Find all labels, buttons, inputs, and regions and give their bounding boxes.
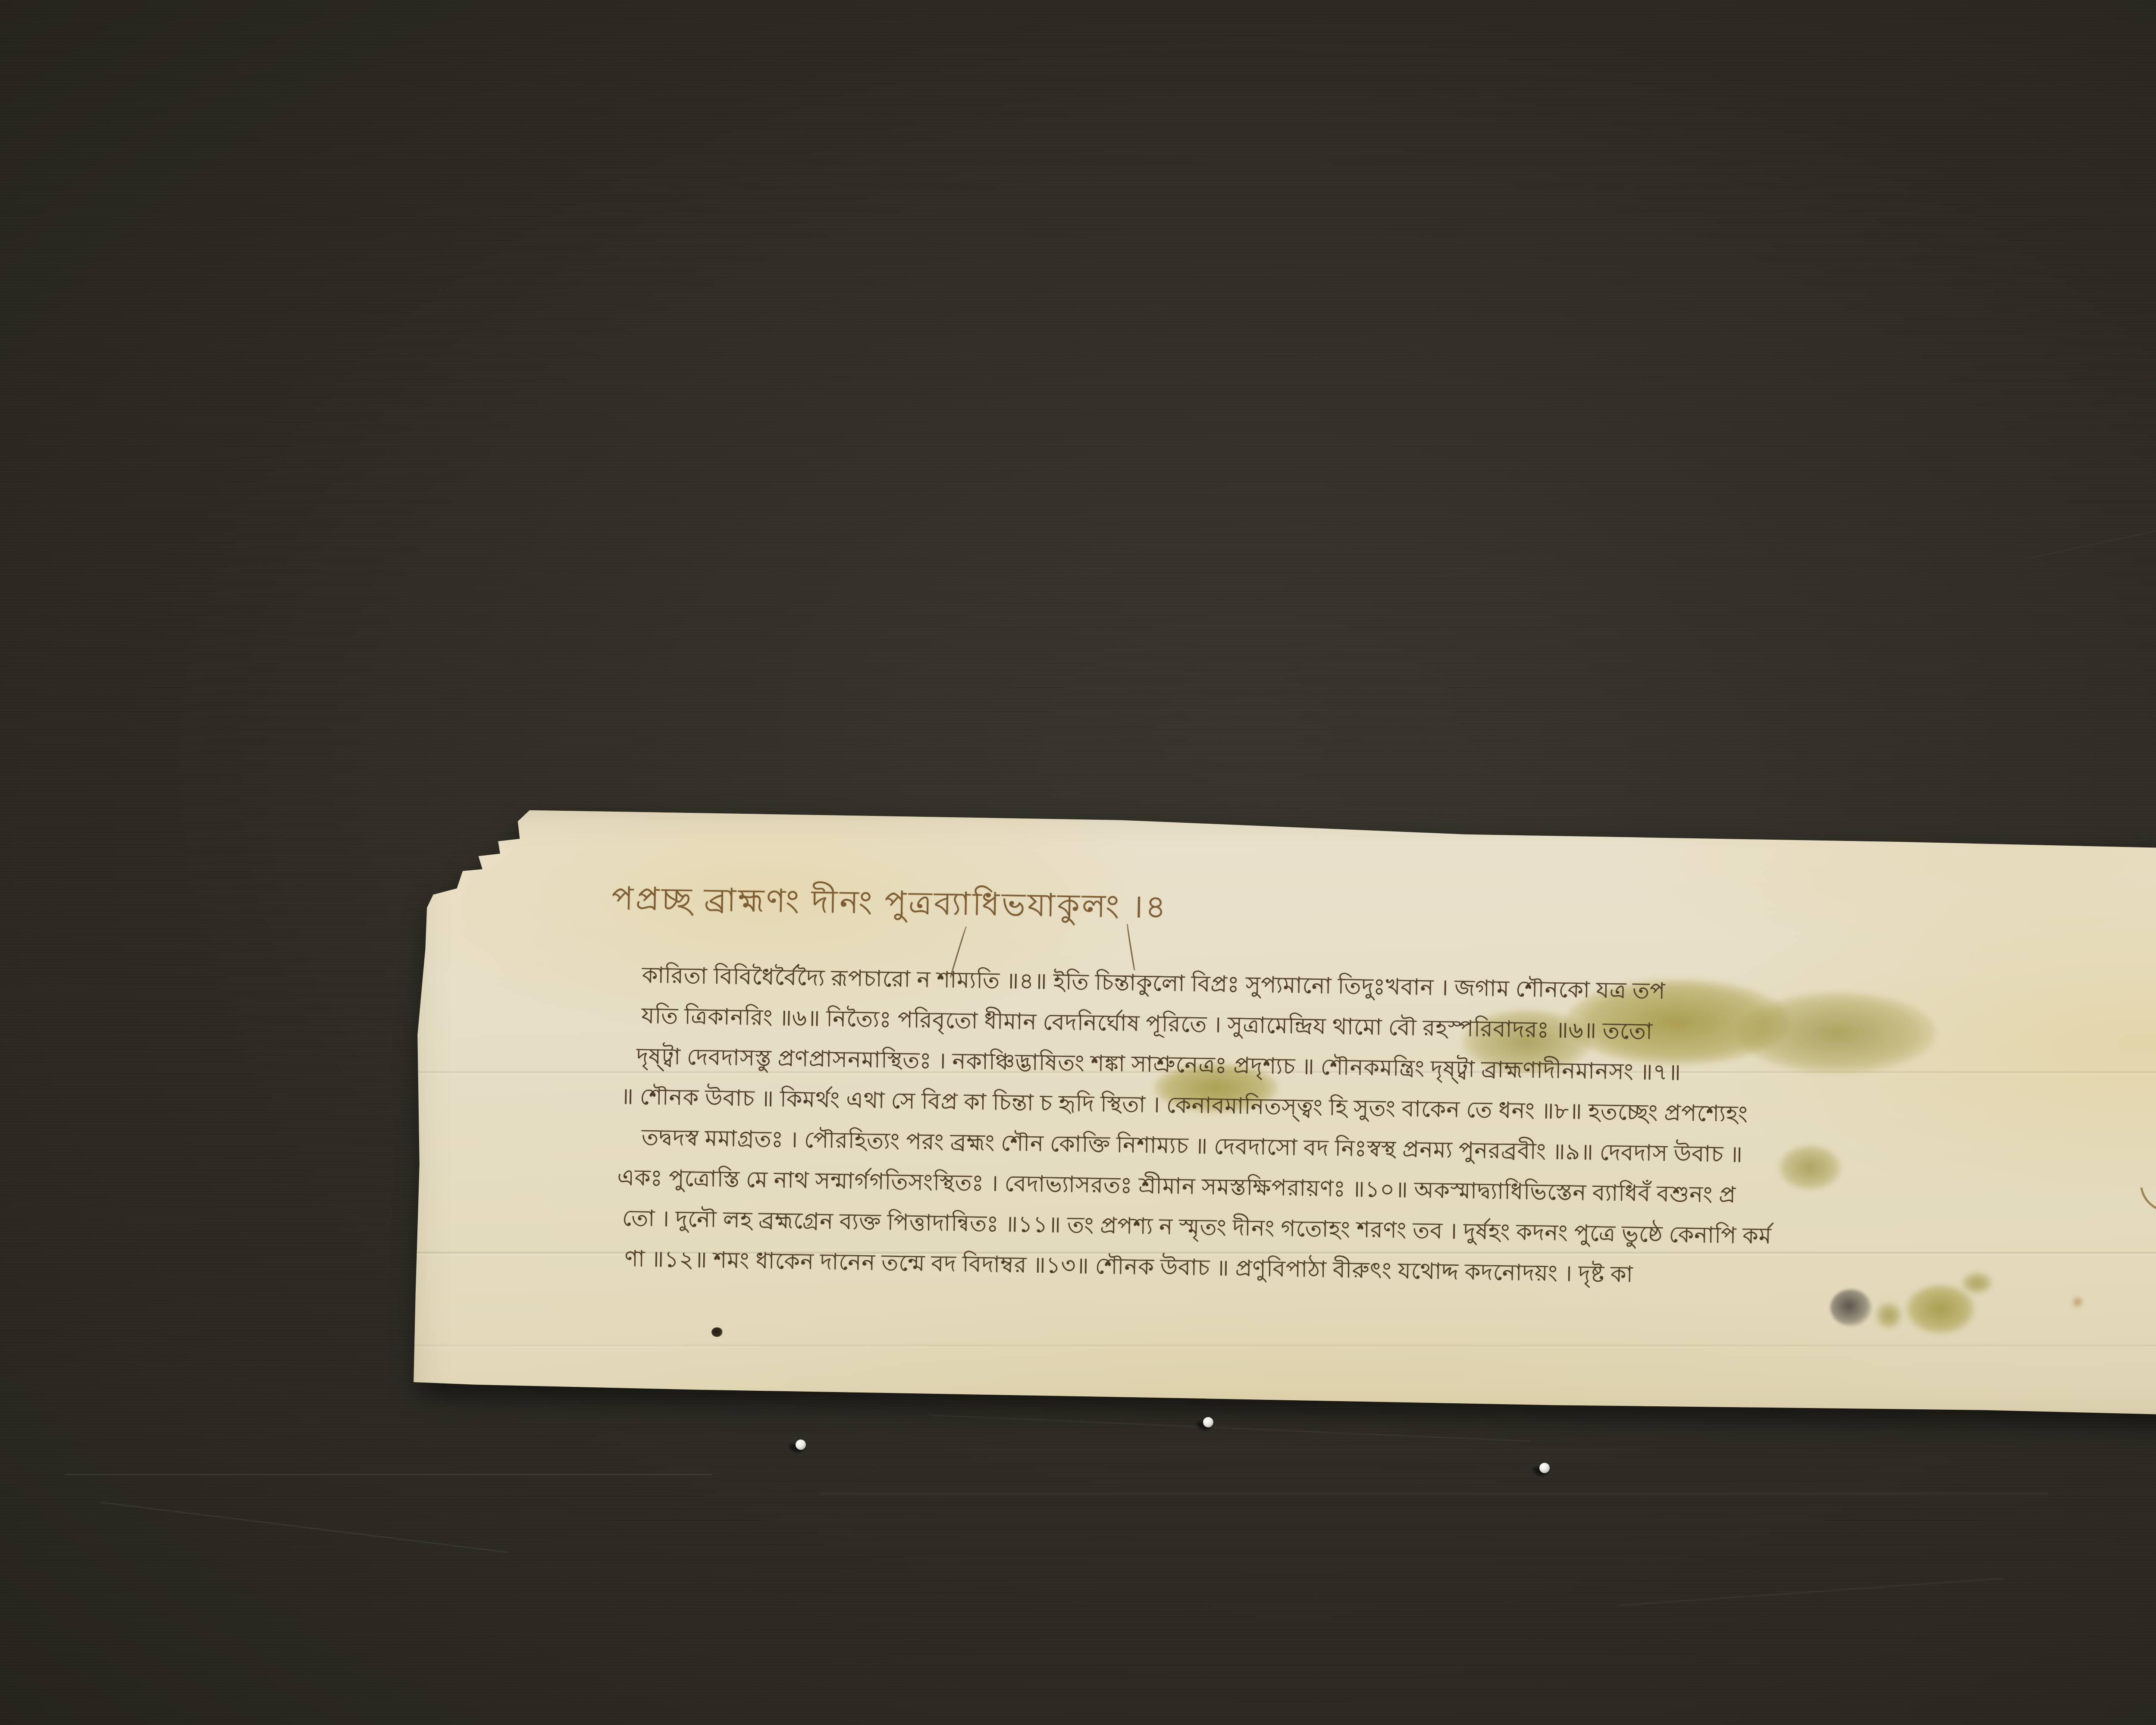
manuscript-paper: পপ্রচ্ছ ব্রাহ্মণং দীনং পুত্রব্যাধিভযাকুল… bbox=[410, 806, 2156, 1427]
handwriting-layer: পপ্রচ্ছ ব্রাহ্মণং দীনং পুত্রব্যাধিভযাকুল… bbox=[400, 806, 2156, 1458]
scratch-line bbox=[819, 1493, 2048, 1494]
scratch-line bbox=[100, 1502, 507, 1553]
manuscript-paper-wrapper: পপ্রচ্ছ ব্রাহ্মণং দীনং পুত্রব্যাধিভযাকুল… bbox=[410, 806, 2156, 1427]
push-pin bbox=[796, 1440, 808, 1452]
pin-head bbox=[796, 1440, 806, 1450]
scratch-line bbox=[2029, 504, 2156, 559]
push-pin bbox=[1203, 1417, 1216, 1430]
pin-head bbox=[1539, 1463, 1550, 1473]
scratch-line bbox=[1617, 1578, 2005, 1606]
pin-head bbox=[1203, 1417, 1213, 1427]
header-line: পপ্রচ্ছ ব্রাহ্মণং দীনং পুত্রব্যাধিভযাকুল… bbox=[611, 874, 1169, 936]
scratch-line bbox=[65, 1474, 711, 1475]
push-pin bbox=[1539, 1463, 1552, 1476]
